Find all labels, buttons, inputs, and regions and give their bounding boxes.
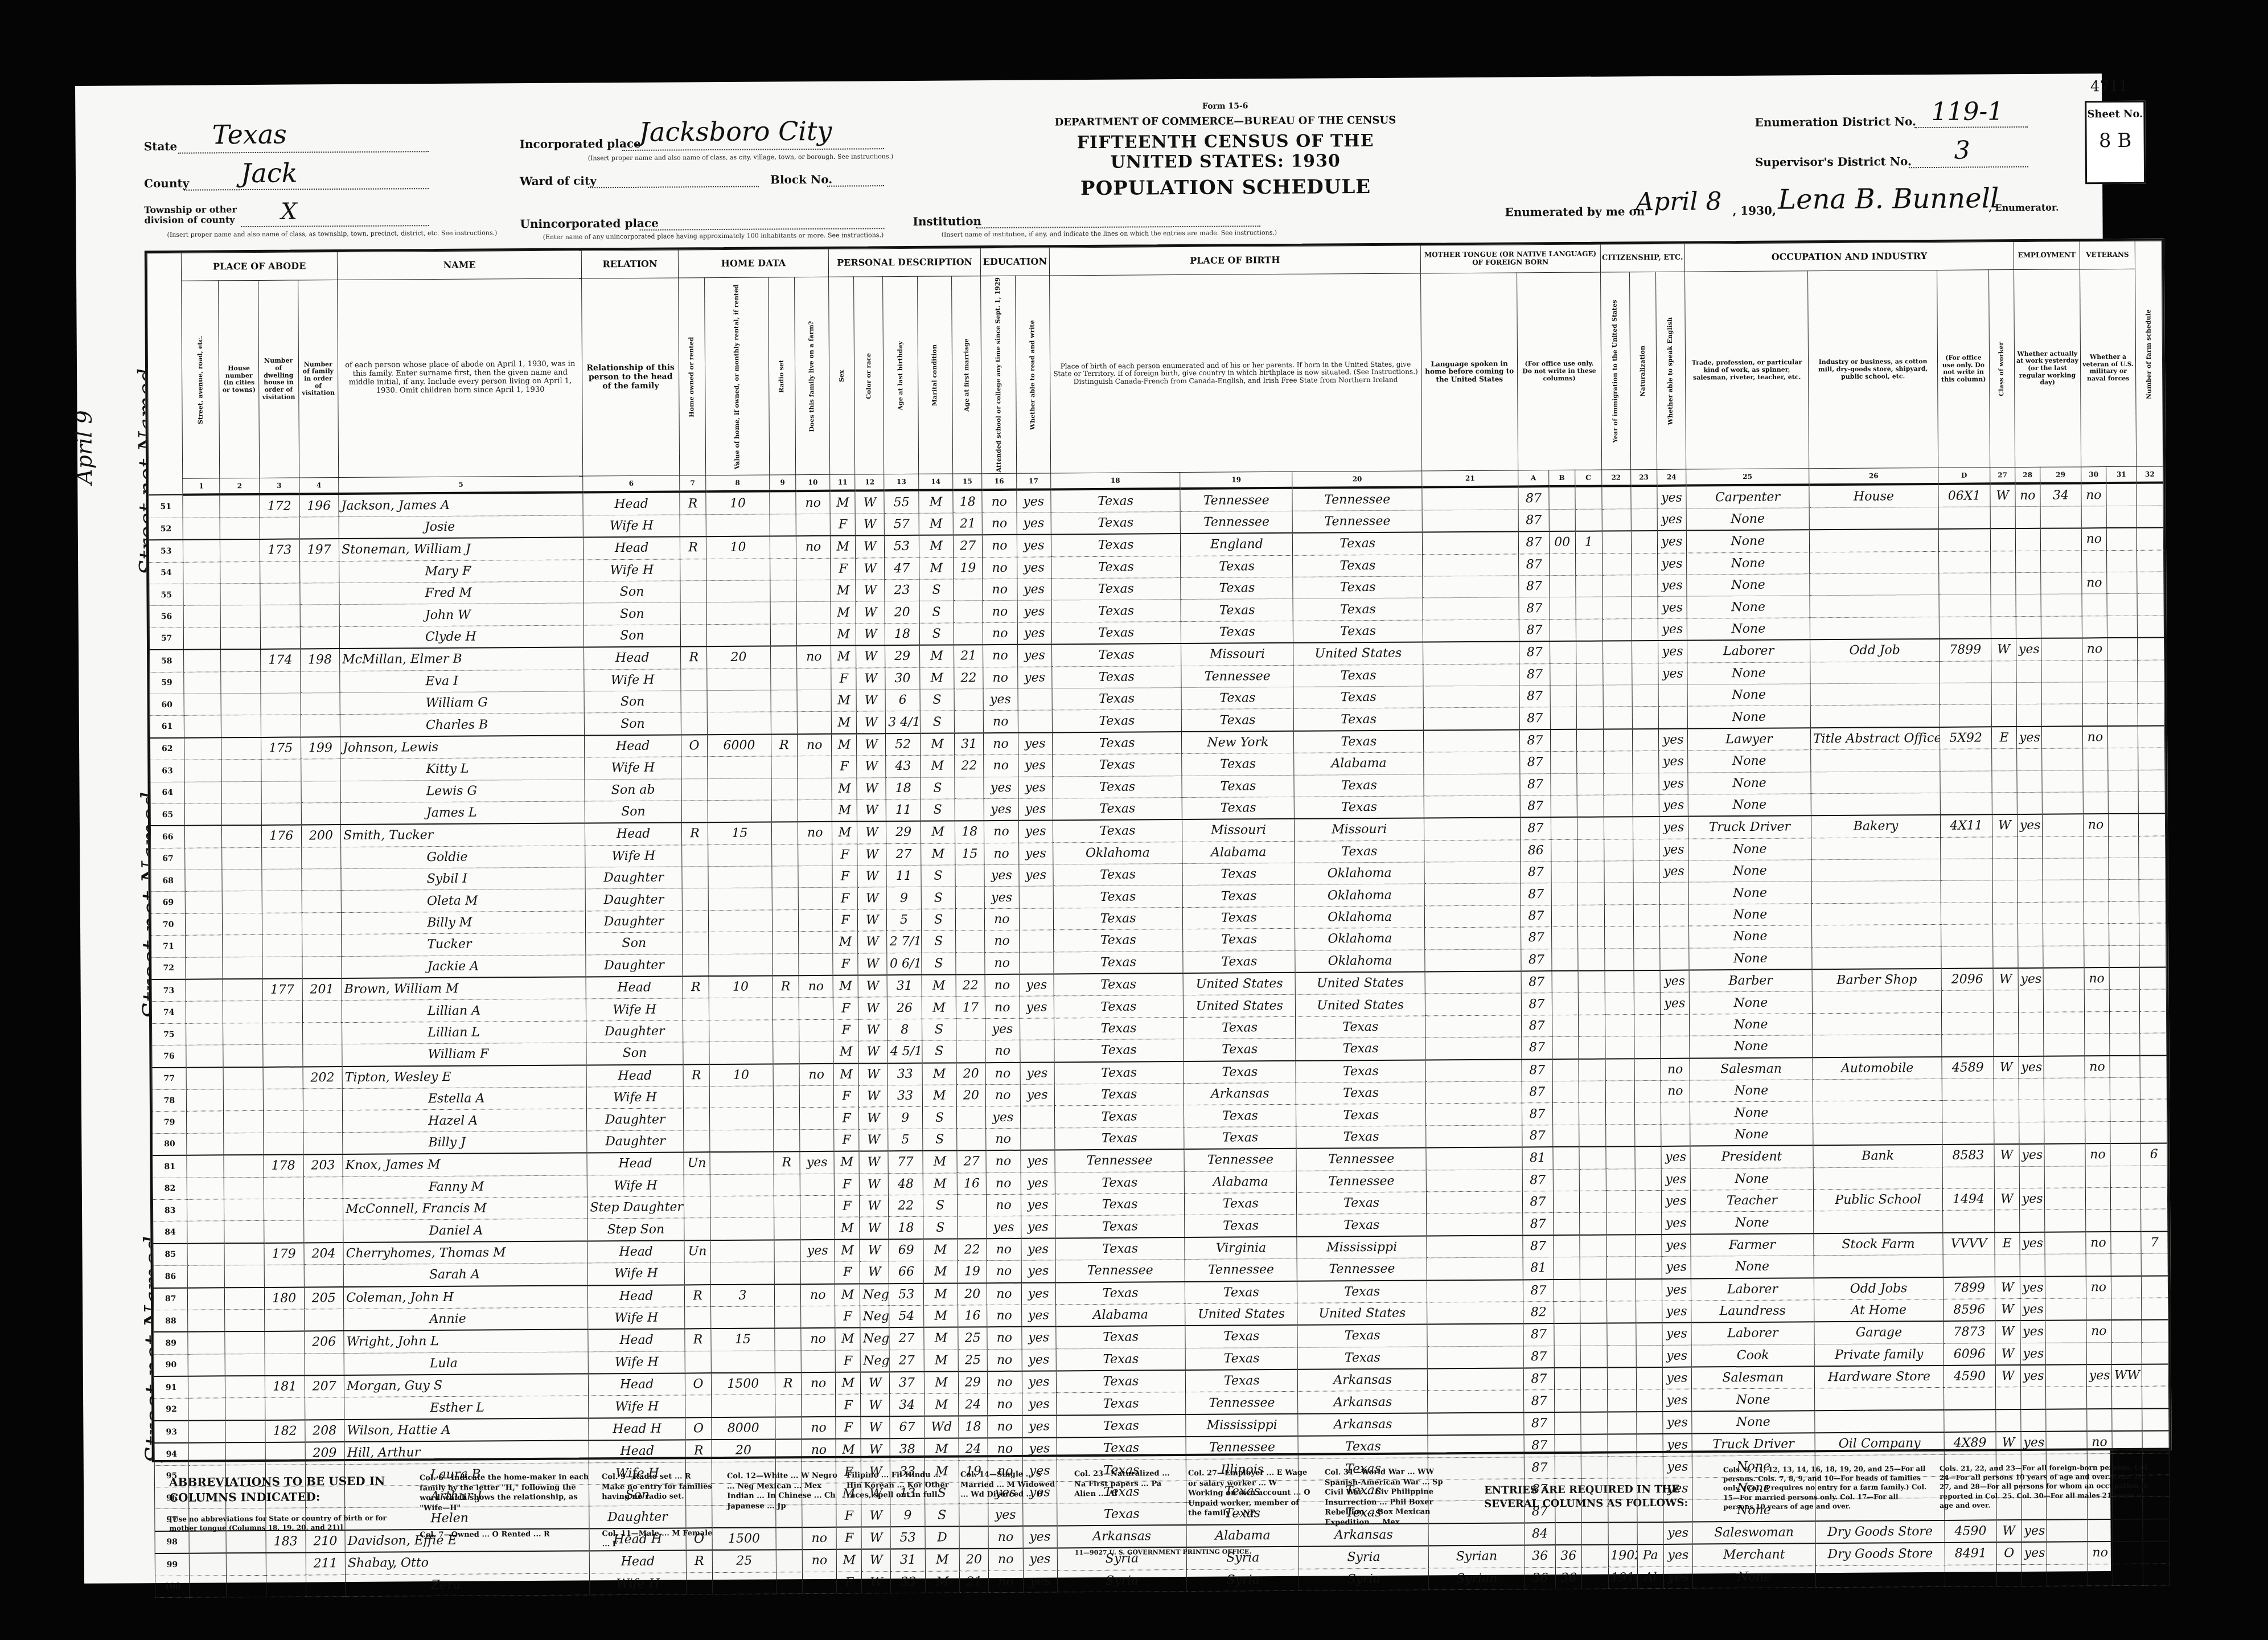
relation: Head — [587, 1153, 684, 1175]
birthplace-person: Texas — [1051, 600, 1181, 622]
state-label: State — [144, 140, 178, 153]
occupation-code: VVVV — [1943, 1232, 1995, 1254]
unemployment-line — [2044, 1034, 2085, 1056]
read-write — [1018, 688, 1053, 711]
code-c — [1580, 1368, 1607, 1390]
speaks-english — [1661, 1102, 1690, 1124]
home-owned — [683, 1042, 710, 1064]
naturalization — [1636, 1257, 1662, 1279]
col-25-header: Trade, profession, or particular kind of… — [1685, 271, 1809, 470]
code-a: 87 — [1522, 1125, 1553, 1147]
sex: M — [836, 1372, 861, 1395]
class-of-worker: W — [1994, 1056, 2019, 1079]
house-number — [223, 1023, 263, 1045]
line-number: 74 — [151, 1002, 186, 1024]
family-number: 203 — [303, 1154, 343, 1176]
naturalization: Al — [1637, 1567, 1664, 1589]
street — [187, 1243, 224, 1265]
school: yes — [984, 887, 1019, 909]
code-b — [1551, 949, 1578, 971]
department-title: DEPARTMENT OF COMMERCE—BUREAU OF THE CEN… — [1054, 114, 1396, 129]
code-c — [1580, 1257, 1606, 1279]
occupation: None — [1690, 1101, 1813, 1124]
read-write: yes — [1022, 1438, 1057, 1460]
birthplace-father: Missouri — [1181, 643, 1293, 666]
house-number — [225, 1420, 265, 1443]
relation: Wife H — [588, 1307, 685, 1330]
col-7-header: Home owned or rented — [678, 278, 706, 476]
read-write — [1019, 886, 1054, 908]
race: W — [861, 1372, 890, 1394]
birthplace-person: Texas — [1051, 621, 1181, 644]
house-number — [224, 1089, 264, 1111]
birthplace-father: United States — [1183, 973, 1295, 995]
occupation: Laborer — [1687, 639, 1810, 662]
race: W — [856, 624, 885, 646]
unemployment-line — [2043, 924, 2084, 946]
home-value — [709, 1086, 773, 1108]
radio-set — [776, 1572, 803, 1594]
code-c — [1579, 1081, 1605, 1103]
age-first-marriage: 31 — [955, 733, 984, 755]
radio-set — [775, 1417, 802, 1440]
home-value — [707, 624, 771, 647]
veteran — [2083, 792, 2108, 814]
immigration-year — [1603, 663, 1632, 685]
street — [184, 715, 221, 737]
war — [2107, 638, 2138, 660]
line-number: 58 — [150, 650, 184, 672]
birthplace-person: Texas — [1055, 1171, 1185, 1194]
radio-set — [770, 646, 797, 668]
family-number — [302, 1001, 342, 1023]
house-number — [223, 957, 262, 979]
family-number — [300, 626, 340, 649]
occupation: Laborer — [1691, 1322, 1814, 1345]
code-c — [1581, 1389, 1608, 1412]
dwelling-number: 180 — [264, 1287, 304, 1309]
radio-set — [770, 536, 796, 558]
farm — [801, 1350, 836, 1372]
code-c — [1577, 905, 1604, 927]
line-number: 52 — [149, 518, 183, 540]
war — [2110, 1121, 2141, 1143]
family-number — [301, 759, 340, 781]
age: 18 — [889, 1217, 923, 1239]
col-2-header: House number (in cities or towns) — [219, 280, 260, 478]
col9-note: Col. 9—Radio set ... R Make no entry for… — [602, 1471, 716, 1502]
unemployment-line — [2041, 660, 2082, 682]
birthplace-mother: United States — [1297, 1302, 1427, 1325]
marital: M — [919, 535, 954, 557]
immigration-year — [1607, 1412, 1636, 1434]
speaks-english: yes — [1662, 1256, 1691, 1278]
farm — [797, 690, 832, 712]
read-write: yes — [1021, 1260, 1056, 1282]
age: 20 — [885, 601, 920, 624]
industry: Public School — [1813, 1188, 1943, 1211]
relation: Daughter — [587, 1108, 684, 1130]
colnum: 18 — [1051, 473, 1181, 490]
house-number — [222, 847, 262, 870]
sex: F — [832, 756, 857, 778]
occupation-code — [1941, 903, 1993, 925]
immigration-year — [1606, 1212, 1635, 1235]
school: no — [984, 843, 1019, 865]
colnum: 11 — [830, 474, 855, 491]
code-b — [1550, 751, 1577, 773]
colnum: 15 — [953, 474, 982, 490]
line-number: 51 — [149, 495, 183, 518]
code-a: 87 — [1522, 1169, 1553, 1191]
unemployment-line — [2045, 1209, 2086, 1232]
radio-set — [773, 998, 799, 1020]
birthplace-mother: Arkansas — [1298, 1413, 1428, 1436]
read-write: yes — [1017, 535, 1051, 557]
enumerated-label: Enumerated by me on — [1505, 204, 1645, 219]
age: 57 — [885, 513, 919, 535]
marital: M — [923, 1283, 958, 1305]
war — [2110, 1055, 2140, 1077]
read-write: yes — [1018, 755, 1053, 777]
at-work — [2017, 837, 2042, 859]
person-name: Lula — [344, 1352, 589, 1376]
code-c — [1577, 861, 1604, 883]
speaks-english: yes — [1658, 663, 1687, 685]
home-owned: R — [685, 1440, 712, 1462]
birthplace-person: Texas — [1053, 754, 1182, 777]
war — [2106, 528, 2137, 550]
race: Neg — [860, 1350, 889, 1372]
farm-schedule — [2140, 1033, 2167, 1055]
read-write — [1020, 1128, 1055, 1150]
incorporated-note: (Insert proper name and also name of cla… — [588, 153, 894, 162]
mother-tongue — [1423, 686, 1520, 708]
veteran: yes — [2086, 1364, 2111, 1387]
age: 29 — [886, 821, 921, 843]
code-b — [1551, 817, 1577, 839]
speaks-english — [1660, 926, 1689, 948]
incorporated-label: Incorporated place — [520, 137, 641, 151]
unemployment-line — [2043, 967, 2084, 990]
age: 2 7/12 — [887, 931, 922, 953]
marital: M — [922, 1085, 957, 1107]
marital: S — [923, 1216, 958, 1239]
sex: F — [833, 909, 858, 932]
birthplace-person: Tennessee — [1055, 1260, 1185, 1282]
line-number: 62 — [150, 737, 184, 760]
age: 5 — [887, 909, 922, 931]
read-write: yes — [1021, 1238, 1055, 1260]
code-c — [1576, 663, 1603, 686]
school: no — [987, 1260, 1021, 1282]
at-work: yes — [2017, 814, 2042, 837]
occupation: None — [1688, 772, 1811, 794]
occupation: None — [1688, 860, 1811, 883]
birthplace-person: Texas — [1056, 1370, 1186, 1393]
birthplace-person: Texas — [1053, 864, 1183, 887]
farm: no — [800, 1284, 835, 1306]
mother-tongue — [1423, 663, 1520, 686]
farm-schedule — [2139, 858, 2166, 880]
code-a: 81 — [1523, 1257, 1554, 1280]
unemployment-line — [2044, 1078, 2085, 1100]
industry: Private family — [1814, 1343, 1944, 1366]
colnum: 31 — [2106, 467, 2137, 483]
war — [2109, 990, 2140, 1012]
family-number: 197 — [299, 539, 339, 561]
occupation-code: 7899 — [1940, 639, 1991, 661]
birthplace-mother: Tennessee — [1296, 1148, 1426, 1171]
marital: S — [922, 1019, 956, 1041]
person-name: Johnson, Lewis — [340, 735, 585, 759]
group-abode: PLACE OF ABODE — [182, 252, 338, 281]
birthplace-mother: Texas — [1296, 1060, 1425, 1083]
birthplace-father: Tennessee — [1186, 1436, 1298, 1459]
immigration-year — [1603, 773, 1632, 795]
read-write: yes — [1021, 1305, 1056, 1327]
person-name: Smith, Tucker — [341, 823, 586, 847]
school: yes — [987, 1216, 1021, 1239]
dwelling-number — [264, 1199, 303, 1221]
person-name: Lillian L — [342, 1021, 587, 1044]
farm — [799, 1085, 834, 1108]
home-owned — [683, 954, 709, 976]
school: no — [988, 1393, 1022, 1416]
war — [2107, 572, 2138, 594]
occupation: None — [1688, 750, 1811, 773]
school: yes — [984, 864, 1019, 887]
house-number — [225, 1287, 265, 1309]
colnum: A — [1518, 470, 1549, 487]
naturalization — [1632, 597, 1658, 619]
sex: M — [835, 1328, 860, 1350]
code-a: 87 — [1524, 1412, 1555, 1435]
mother-tongue — [1423, 707, 1520, 730]
farm-schedule — [2138, 638, 2164, 660]
code-b — [1552, 1015, 1579, 1037]
occupation-code — [1939, 573, 1991, 595]
at-work — [2015, 551, 2040, 573]
unemployment-line — [2041, 704, 2082, 726]
mother-tongue — [1426, 1147, 1523, 1170]
code-a: 87 — [1523, 1346, 1554, 1368]
code-b — [1551, 839, 1577, 862]
colnum: 14 — [918, 474, 953, 490]
home-value — [708, 844, 772, 867]
dwelling-number — [265, 1354, 305, 1376]
marital: M — [924, 1393, 959, 1416]
home-value: 10 — [706, 491, 770, 515]
colnum: 26 — [1809, 468, 1939, 485]
sheet-header: State Texas County Jack Township or othe… — [75, 73, 2103, 251]
immigration-year — [1606, 1257, 1636, 1279]
speaks-english — [1659, 904, 1688, 926]
race: W — [856, 667, 885, 690]
entries-col-2: Cols. 21, 22, and 23—For all foreign-bor… — [1940, 1463, 2156, 1510]
industry: Title Abstract Office — [1810, 727, 1940, 750]
naturalization — [1636, 1345, 1663, 1367]
naturalization — [1632, 641, 1658, 663]
person-name: Oleta M — [341, 889, 586, 912]
birthplace-mother: Texas — [1298, 1347, 1428, 1370]
relation: Daughter — [586, 911, 683, 933]
marital: M — [923, 1151, 958, 1173]
farm-schedule — [2137, 593, 2164, 616]
code-b: 36 — [1555, 1567, 1582, 1589]
farm-schedule — [2138, 770, 2165, 792]
street — [185, 891, 222, 913]
radio-set: R — [774, 1151, 800, 1174]
radio-set — [774, 1217, 800, 1240]
speaks-english: no — [1661, 1058, 1690, 1080]
race: W — [856, 645, 885, 667]
sex: M — [831, 580, 856, 602]
read-write: yes — [1017, 512, 1051, 535]
age-first-marriage — [956, 1018, 985, 1040]
immigration-year — [1603, 618, 1632, 641]
street — [186, 913, 223, 936]
code-b — [1552, 1103, 1579, 1125]
naturalization — [1633, 926, 1660, 949]
age-first-marriage: 18 — [955, 821, 984, 843]
speaks-english: yes — [1662, 1345, 1691, 1367]
birthplace-person: Texas — [1056, 1348, 1186, 1371]
unemployment-line — [2045, 1254, 2086, 1276]
at-work — [2018, 880, 2043, 903]
entries-title: ENTRIES ARE REQUIRED IN THE SEVERAL COLU… — [1484, 1483, 1700, 1512]
farm — [799, 1108, 834, 1130]
relation: Son — [586, 1042, 683, 1065]
class-of-worker — [1994, 1210, 2019, 1232]
col-13-header: Age at last birthday — [883, 276, 918, 474]
person-name: Kitty L — [340, 757, 585, 781]
birthplace-mother: Texas — [1293, 532, 1423, 555]
mother-tongue — [1423, 576, 1519, 598]
age: 69 — [889, 1239, 923, 1261]
person-name: Mary F — [339, 560, 584, 583]
school: no — [983, 601, 1017, 623]
race: W — [857, 711, 886, 733]
relation: Head — [585, 823, 682, 846]
school: no — [987, 1349, 1022, 1371]
person-name: McConnell, Francis M — [343, 1197, 588, 1220]
home-owned — [681, 691, 708, 713]
unemployment-line — [2041, 638, 2082, 661]
industry — [1812, 991, 1942, 1014]
read-write — [1020, 1040, 1054, 1062]
dwelling-number: 173 — [260, 539, 299, 561]
code-b — [1550, 663, 1576, 686]
marital: M — [921, 821, 955, 843]
war — [2113, 1564, 2143, 1586]
farm-schedule — [2139, 945, 2166, 967]
naturalization — [1634, 970, 1661, 993]
unemployment-line — [2045, 1298, 2086, 1321]
line-number: 68 — [151, 870, 186, 892]
sex: F — [835, 1306, 860, 1328]
marital: S — [921, 799, 955, 821]
age: 6 — [885, 689, 920, 711]
mother-tongue — [1425, 1081, 1522, 1104]
age: 11 — [886, 865, 921, 887]
family-number — [300, 671, 340, 693]
mother-tongue — [1428, 1435, 1525, 1458]
age-first-marriage — [956, 952, 985, 974]
occupation-code: 4590 — [1944, 1365, 1996, 1387]
person-name: John W — [339, 603, 584, 626]
birthplace-father: Tennessee — [1181, 665, 1293, 688]
school: yes — [984, 798, 1018, 821]
class-of-worker: W — [1995, 1298, 2020, 1321]
birthplace-mother: Oklahoma — [1295, 906, 1425, 929]
home-value — [706, 514, 770, 537]
census-table-frame: PLACE OF ABODE NAME RELATION HOME DATA P… — [145, 238, 2172, 1462]
code-a: 87 — [1519, 619, 1550, 641]
colnum: 23 — [1630, 470, 1657, 486]
at-work: yes — [2016, 638, 2041, 661]
code-a: 87 — [1524, 1434, 1555, 1457]
mother-tongue — [1423, 642, 1519, 665]
age-first-marriage — [954, 622, 983, 645]
unemployment-line — [2040, 506, 2081, 528]
naturalization — [1633, 794, 1659, 817]
at-work — [2017, 770, 2042, 793]
home-owned — [684, 1130, 710, 1152]
birthplace-mother: Oklahoma — [1295, 928, 1425, 950]
street — [185, 848, 222, 870]
col31-note: Col. 31—World War ... WW Spanish-America… — [1325, 1467, 1456, 1528]
at-work: yes — [2018, 968, 2043, 990]
marital: M — [922, 1063, 957, 1085]
census-rows: 51172196Jackson, James AHeadR10noMW55M18… — [149, 483, 2170, 1598]
age-first-marriage — [955, 865, 984, 887]
speaks-english: yes — [1663, 1567, 1692, 1589]
age: 33 — [888, 1063, 922, 1085]
age: 53 — [889, 1283, 924, 1305]
class-of-worker: E — [1995, 1232, 2020, 1254]
at-work — [2019, 1100, 2044, 1122]
person-name: Fanny M — [343, 1175, 587, 1198]
occupation-code: 6096 — [1944, 1343, 1995, 1366]
speaks-english: no — [1661, 1080, 1690, 1102]
code-a: 36 — [1525, 1567, 1556, 1589]
at-work — [2016, 594, 2041, 617]
street — [186, 1001, 223, 1023]
immigration-year — [1605, 970, 1634, 993]
read-write: yes — [1020, 1084, 1055, 1106]
family-number: 208 — [305, 1420, 344, 1442]
line-number: 64 — [150, 782, 185, 804]
naturalization — [1634, 993, 1661, 1015]
street — [184, 760, 221, 782]
dwelling-number — [264, 1220, 304, 1243]
industry: Bakery — [1811, 815, 1941, 838]
dwelling-number: 174 — [260, 649, 300, 671]
marital: M — [919, 490, 954, 513]
family-number — [305, 1353, 344, 1375]
class-of-worker — [1991, 749, 2016, 771]
house-number — [225, 1398, 265, 1420]
home-value — [708, 866, 772, 888]
farm-schedule: 7 — [2141, 1231, 2168, 1253]
occupation-code — [1942, 1100, 1994, 1122]
person-name: Billy J — [343, 1131, 587, 1155]
birthplace-mother: Texas — [1293, 620, 1423, 643]
group-education: EDUCATION — [980, 248, 1049, 276]
naturalization — [1633, 861, 1659, 883]
code-b — [1552, 1125, 1579, 1147]
